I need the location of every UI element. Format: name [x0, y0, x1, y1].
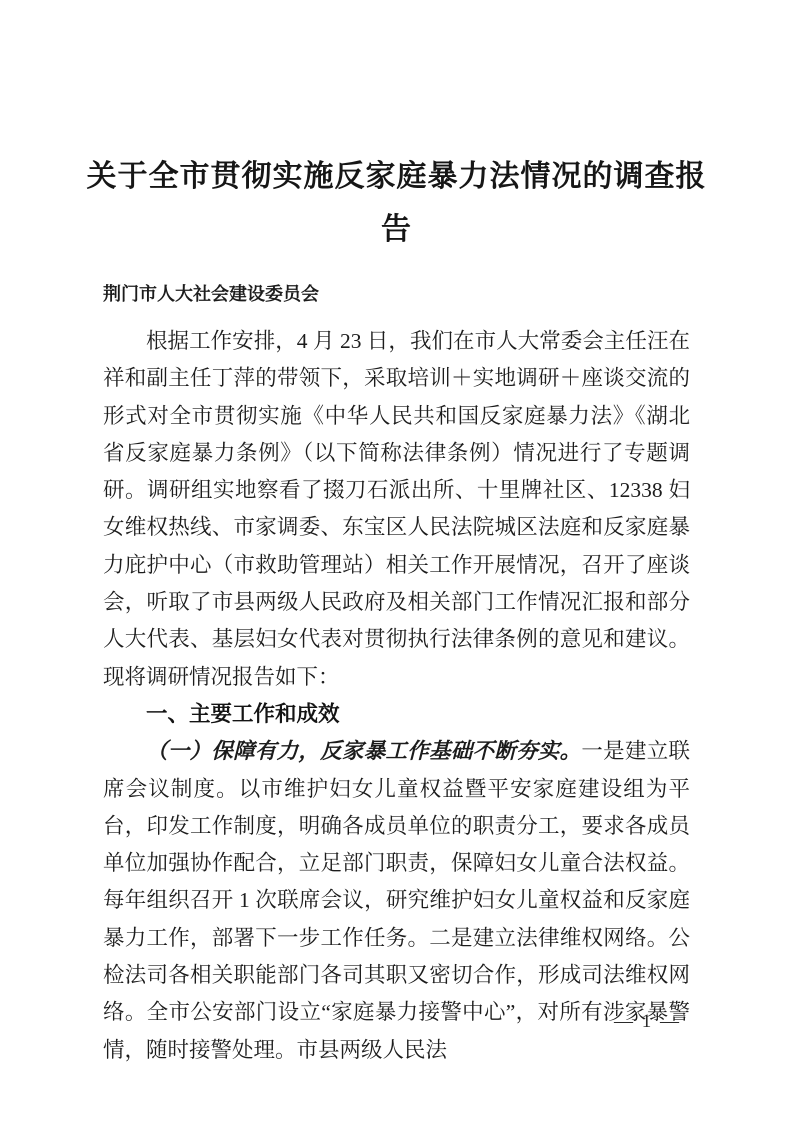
- document-title: 关于全市贯彻实施反家庭暴力法情况的调查报告: [0, 0, 793, 256]
- paragraph-section1: （一）保障有力，反家暴工作基础不断夯实。一是建立联席会议制度。以市维护妇女儿童权…: [103, 733, 690, 1069]
- paragraph-intro: 根据工作安排，4 月 23 日，我们在市人大常委会主任汪在祥和副主任丁萍的带领下…: [103, 323, 690, 696]
- page-number: — 1 —: [614, 1010, 681, 1034]
- paragraph-lead-emphasis: （一）保障有力，反家暴工作基础不断夯实。: [146, 739, 581, 763]
- section-heading-1: 一、主要工作和成效: [103, 696, 690, 733]
- paragraph-section1-text: 一是建立联席会议制度。以市维护妇女儿童权益暨平安家庭建设组为平台，印发工作制度，…: [103, 739, 690, 1061]
- document-author: 荆门市人大社会建设委员会: [103, 284, 690, 304]
- document-page: 关于全市贯彻实施反家庭暴力法情况的调查报告 荆门市人大社会建设委员会 根据工作安…: [0, 0, 793, 1122]
- document-body: 根据工作安排，4 月 23 日，我们在市人大常委会主任汪在祥和副主任丁萍的带领下…: [103, 323, 690, 1069]
